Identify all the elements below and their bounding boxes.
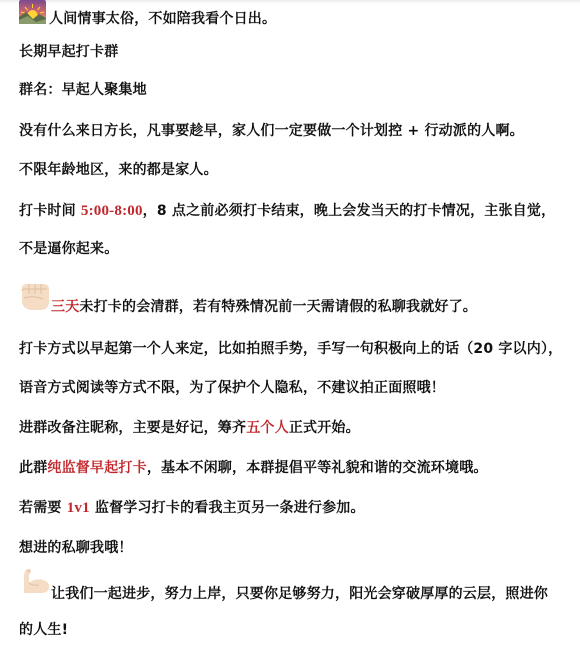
paragraph-8-before: 若需要 xyxy=(19,500,67,516)
paragraph-7-after: ，基本不闲聊，本群提倡平等礼貌和谐的交流环境哦。 xyxy=(147,460,488,476)
paragraph-5-line-1: 打卡方式以早起第一个人来定，比如拍照手势，手写一句积极向上的话（20 字以内）， xyxy=(19,339,562,359)
paragraph-1: 没有什么来日方长，凡事要趁早，家人们一定要做一个计划控 + 行动派的人啊。 xyxy=(19,121,524,141)
sunrise-over-mountains-icon xyxy=(19,0,46,24)
group-name: 群名：早起人聚集地 xyxy=(19,82,147,98)
paragraph-9-text: 想进的私聊我哦！ xyxy=(19,540,133,556)
paragraph-8: 若需要 1v1 监督学习打卡的看我主页另一条进行参加。 xyxy=(19,498,365,518)
paragraph-6: 进群改备注昵称，主要是好记，筹齐五个人正式开始。 xyxy=(19,418,360,438)
paragraph-10-line-2: 的人生! xyxy=(19,620,68,640)
one-on-one-highlight: 1v1 xyxy=(67,500,90,516)
paragraph-3-after: ，8 点之前必须打卡结束，晚上会发当天的打卡情况，主张自觉， xyxy=(143,203,556,219)
paragraph-2-text: 不限年龄地区，来的都是家人。 xyxy=(19,162,218,178)
paragraph-10-line-1-text: 让我们一起进步，努力上岸，只要你足够努力，阳光会穿破厚厚的云层，照进你 xyxy=(51,586,548,602)
paragraph-6-after: 正式开始。 xyxy=(289,420,360,436)
paragraph-3-continued: 不是逼你起来。 xyxy=(19,241,118,257)
paragraph-7: 此群纯监督早起打卡，基本不闲聊，本群提倡平等礼貌和谐的交流环境哦。 xyxy=(19,458,488,478)
intro-line: 人间情事太俗，不如陪我看个日出。 xyxy=(49,9,276,29)
paragraph-6-before: 进群改备注昵称，主要是好记，筹齐 xyxy=(19,420,246,436)
paragraph-7-before: 此群 xyxy=(19,460,47,476)
title-line: 长期早起打卡群 xyxy=(19,42,118,62)
paragraph-5-line-2: 语音方式阅读等方式不限，为了保护个人隐私，不建议拍正面照哦！ xyxy=(19,378,445,398)
paragraph-2: 不限年龄地区，来的都是家人。 xyxy=(19,160,218,180)
paragraph-10-line-1: 让我们一起进步，努力上岸，只要你足够努力，阳光会穿破厚厚的云层，照进你 xyxy=(51,584,548,604)
five-people-highlight: 五个人 xyxy=(246,420,289,436)
paragraph-4-text: 未打卡的会清群，若有特殊情况前一天需请假的私聊我就好了。 xyxy=(79,299,477,315)
paragraph-5-line-2-text: 语音方式阅读等方式不限，为了保护个人隐私，不建议拍正面照哦！ xyxy=(19,380,445,396)
paragraph-4: 三天未打卡的会清群，若有特殊情况前一天需请假的私聊我就好了。 xyxy=(51,297,477,317)
intro-text: 人间情事太俗，不如陪我看个日出。 xyxy=(49,11,276,27)
paragraph-1-text: 没有什么来日方长，凡事要趁早，家人们一定要做一个计划控 + 行动派的人啊。 xyxy=(19,123,524,139)
flexed-biceps-icon xyxy=(19,567,51,595)
fist-icon xyxy=(19,282,51,312)
paragraph-9: 想进的私聊我哦！ xyxy=(19,538,133,558)
paragraph-3-line-2: 不是逼你起来。 xyxy=(19,239,118,259)
paragraph-3-line-1: 打卡时间 5:00-8:00，8 点之前必须打卡结束，晚上会发当天的打卡情况，主… xyxy=(19,201,555,221)
paragraph-3-before: 打卡时间 xyxy=(19,203,81,219)
group-name-line: 群名：早起人聚集地 xyxy=(19,80,147,100)
three-days-highlight: 三天 xyxy=(51,299,79,315)
pure-supervision-highlight: 纯监督早起打卡 xyxy=(47,460,146,476)
check-in-time-highlight: 5:00-8:00 xyxy=(81,203,143,219)
paragraph-8-after: 监督学习打卡的看我主页另一条进行参加。 xyxy=(90,500,365,516)
document-body: 人间情事太俗，不如陪我看个日出。 长期早起打卡群 群名：早起人聚集地 没有什么来… xyxy=(0,0,580,659)
paragraph-5-line-1-text: 打卡方式以早起第一个人来定，比如拍照手势，手写一句积极向上的话（20 字以内）， xyxy=(19,341,562,357)
paragraph-10-line-2-text: 的人生! xyxy=(19,622,68,638)
document-title: 长期早起打卡群 xyxy=(19,44,118,60)
